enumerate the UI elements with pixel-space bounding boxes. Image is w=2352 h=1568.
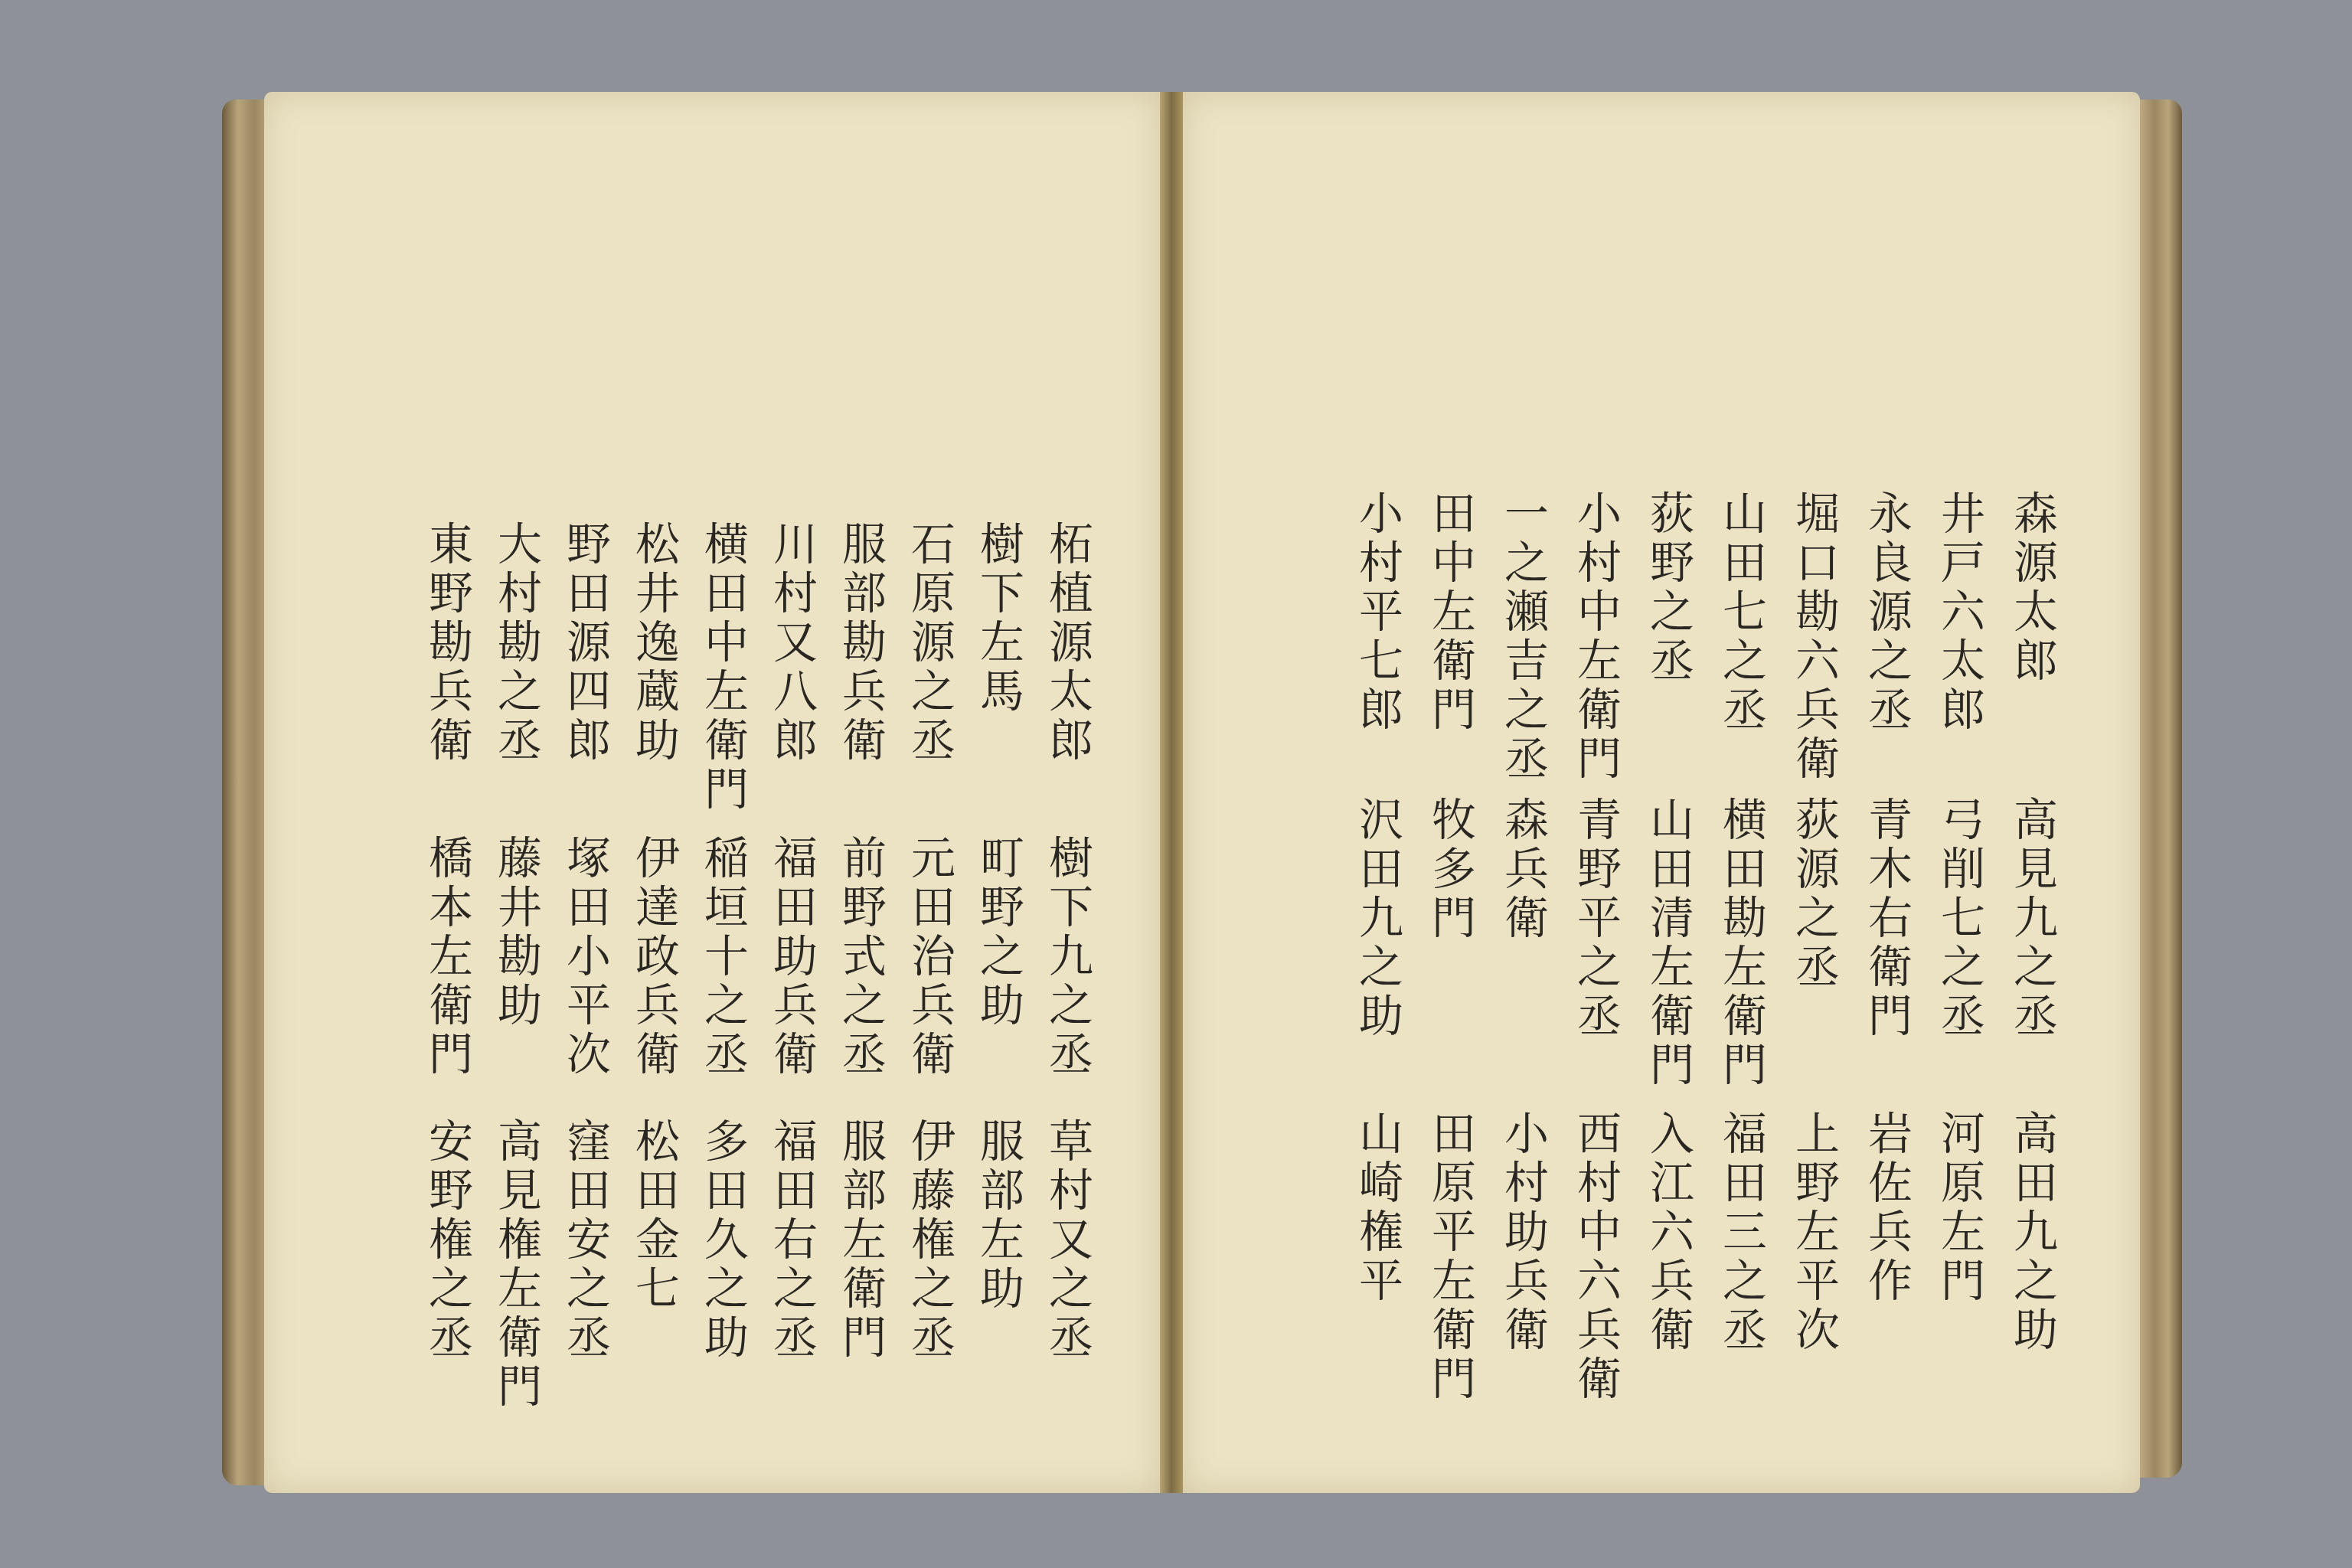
- name-column: 山田七之丞: [1719, 490, 1763, 735]
- name-column: 岩佐兵作: [1864, 1110, 1909, 1306]
- name-column: 樹下九之丞: [1045, 835, 1089, 1080]
- name-column: 荻野之丞: [1646, 490, 1690, 686]
- name-column: 弓削七之丞: [1937, 796, 1981, 1041]
- right-page: 森源太郎 井戸六太郎 永良源之丞 堀口勘六兵衛 山田七之丞 荻野之丞 小村中左衛…: [1183, 92, 2140, 1493]
- name-column: 草村又之丞: [1045, 1118, 1089, 1363]
- name-column: 元田治兵衛: [907, 835, 952, 1080]
- name-column: 柘植源太郎: [1045, 521, 1089, 766]
- name-column: 堀口勘六兵衛: [1792, 490, 1836, 784]
- name-column: 伊達政兵衛: [632, 835, 676, 1080]
- name-column: 沢田九之助: [1355, 796, 1400, 1041]
- book-edge-right: [2136, 100, 2182, 1478]
- name-column: 伊藤権之丞: [907, 1118, 952, 1363]
- name-column: 横田中左衛門: [701, 521, 745, 815]
- name-column: 小村中左衛門: [1573, 490, 1618, 784]
- name-column: 田中左衛門: [1428, 490, 1472, 735]
- name-column: 福田助兵衛: [769, 835, 814, 1080]
- name-column: 大村勘之丞: [494, 521, 538, 766]
- name-column: 横田勘左衛門: [1719, 796, 1763, 1090]
- name-column: 福田右之丞: [769, 1118, 814, 1363]
- name-column: 服部左衛門: [838, 1118, 883, 1363]
- name-column: 川村又八郎: [769, 521, 814, 766]
- name-column: 稲垣十之丞: [701, 835, 745, 1080]
- name-column: 牧多門: [1428, 796, 1472, 943]
- name-column: 森兵衛: [1501, 796, 1545, 943]
- name-column: 服部左助: [976, 1118, 1021, 1314]
- name-column: 松井逸蔵助: [632, 521, 676, 766]
- name-column: 福田三之丞: [1719, 1110, 1763, 1355]
- name-column: 樹下左馬: [976, 521, 1021, 717]
- name-column: 服部勘兵衛: [838, 521, 883, 766]
- open-book: 柘植源太郎 樹下左馬 石原源之丞 服部勘兵衛 川村又八郎 横田中左衛門 松井逸蔵…: [222, 92, 2182, 1501]
- name-column: 前野式之丞: [838, 835, 883, 1080]
- name-column: 多田久之助: [701, 1118, 745, 1363]
- name-column: 井戸六太郎: [1937, 490, 1981, 735]
- name-column: 青野平之丞: [1573, 796, 1618, 1041]
- name-column: 小村助兵衛: [1501, 1110, 1545, 1355]
- name-column: 西村中六兵衛: [1573, 1110, 1618, 1404]
- name-column: 河原左門: [1937, 1110, 1981, 1306]
- name-column: 高見九之丞: [2010, 796, 2054, 1041]
- name-column: 石原源之丞: [907, 521, 952, 766]
- name-column: 入江六兵衛: [1646, 1110, 1690, 1355]
- name-column: 一之瀬吉之丞: [1501, 490, 1545, 784]
- name-column: 山崎権平: [1355, 1110, 1400, 1306]
- name-column: 橋本左衛門: [425, 835, 469, 1080]
- name-column: 東野勘兵衛: [425, 521, 469, 766]
- name-column: 高見権左衛門: [494, 1118, 538, 1412]
- name-column: 荻源之丞: [1792, 796, 1836, 992]
- name-column: 永良源之丞: [1864, 490, 1909, 735]
- name-column: 森源太郎: [2010, 490, 2054, 686]
- name-column: 塚田小平次: [563, 835, 607, 1080]
- name-column: 小村平七郎: [1355, 490, 1400, 735]
- name-column: 上野左平次: [1792, 1110, 1836, 1355]
- name-column: 野田源四郎: [563, 521, 607, 766]
- name-column: 安野権之丞: [425, 1118, 469, 1363]
- name-column: 高田九之助: [2010, 1110, 2054, 1355]
- left-page: 柘植源太郎 樹下左馬 石原源之丞 服部勘兵衛 川村又八郎 横田中左衛門 松井逸蔵…: [264, 92, 1160, 1493]
- name-column: 青木右衛門: [1864, 796, 1909, 1041]
- name-column: 山田清左衛門: [1646, 796, 1690, 1090]
- name-column: 窪田安之丞: [563, 1118, 607, 1363]
- name-column: 藤井勘助: [494, 835, 538, 1031]
- name-column: 町野之助: [976, 835, 1021, 1031]
- name-column: 松田金七: [632, 1118, 676, 1314]
- book-gutter: [1160, 92, 1183, 1493]
- name-column: 田原平左衛門: [1428, 1110, 1472, 1404]
